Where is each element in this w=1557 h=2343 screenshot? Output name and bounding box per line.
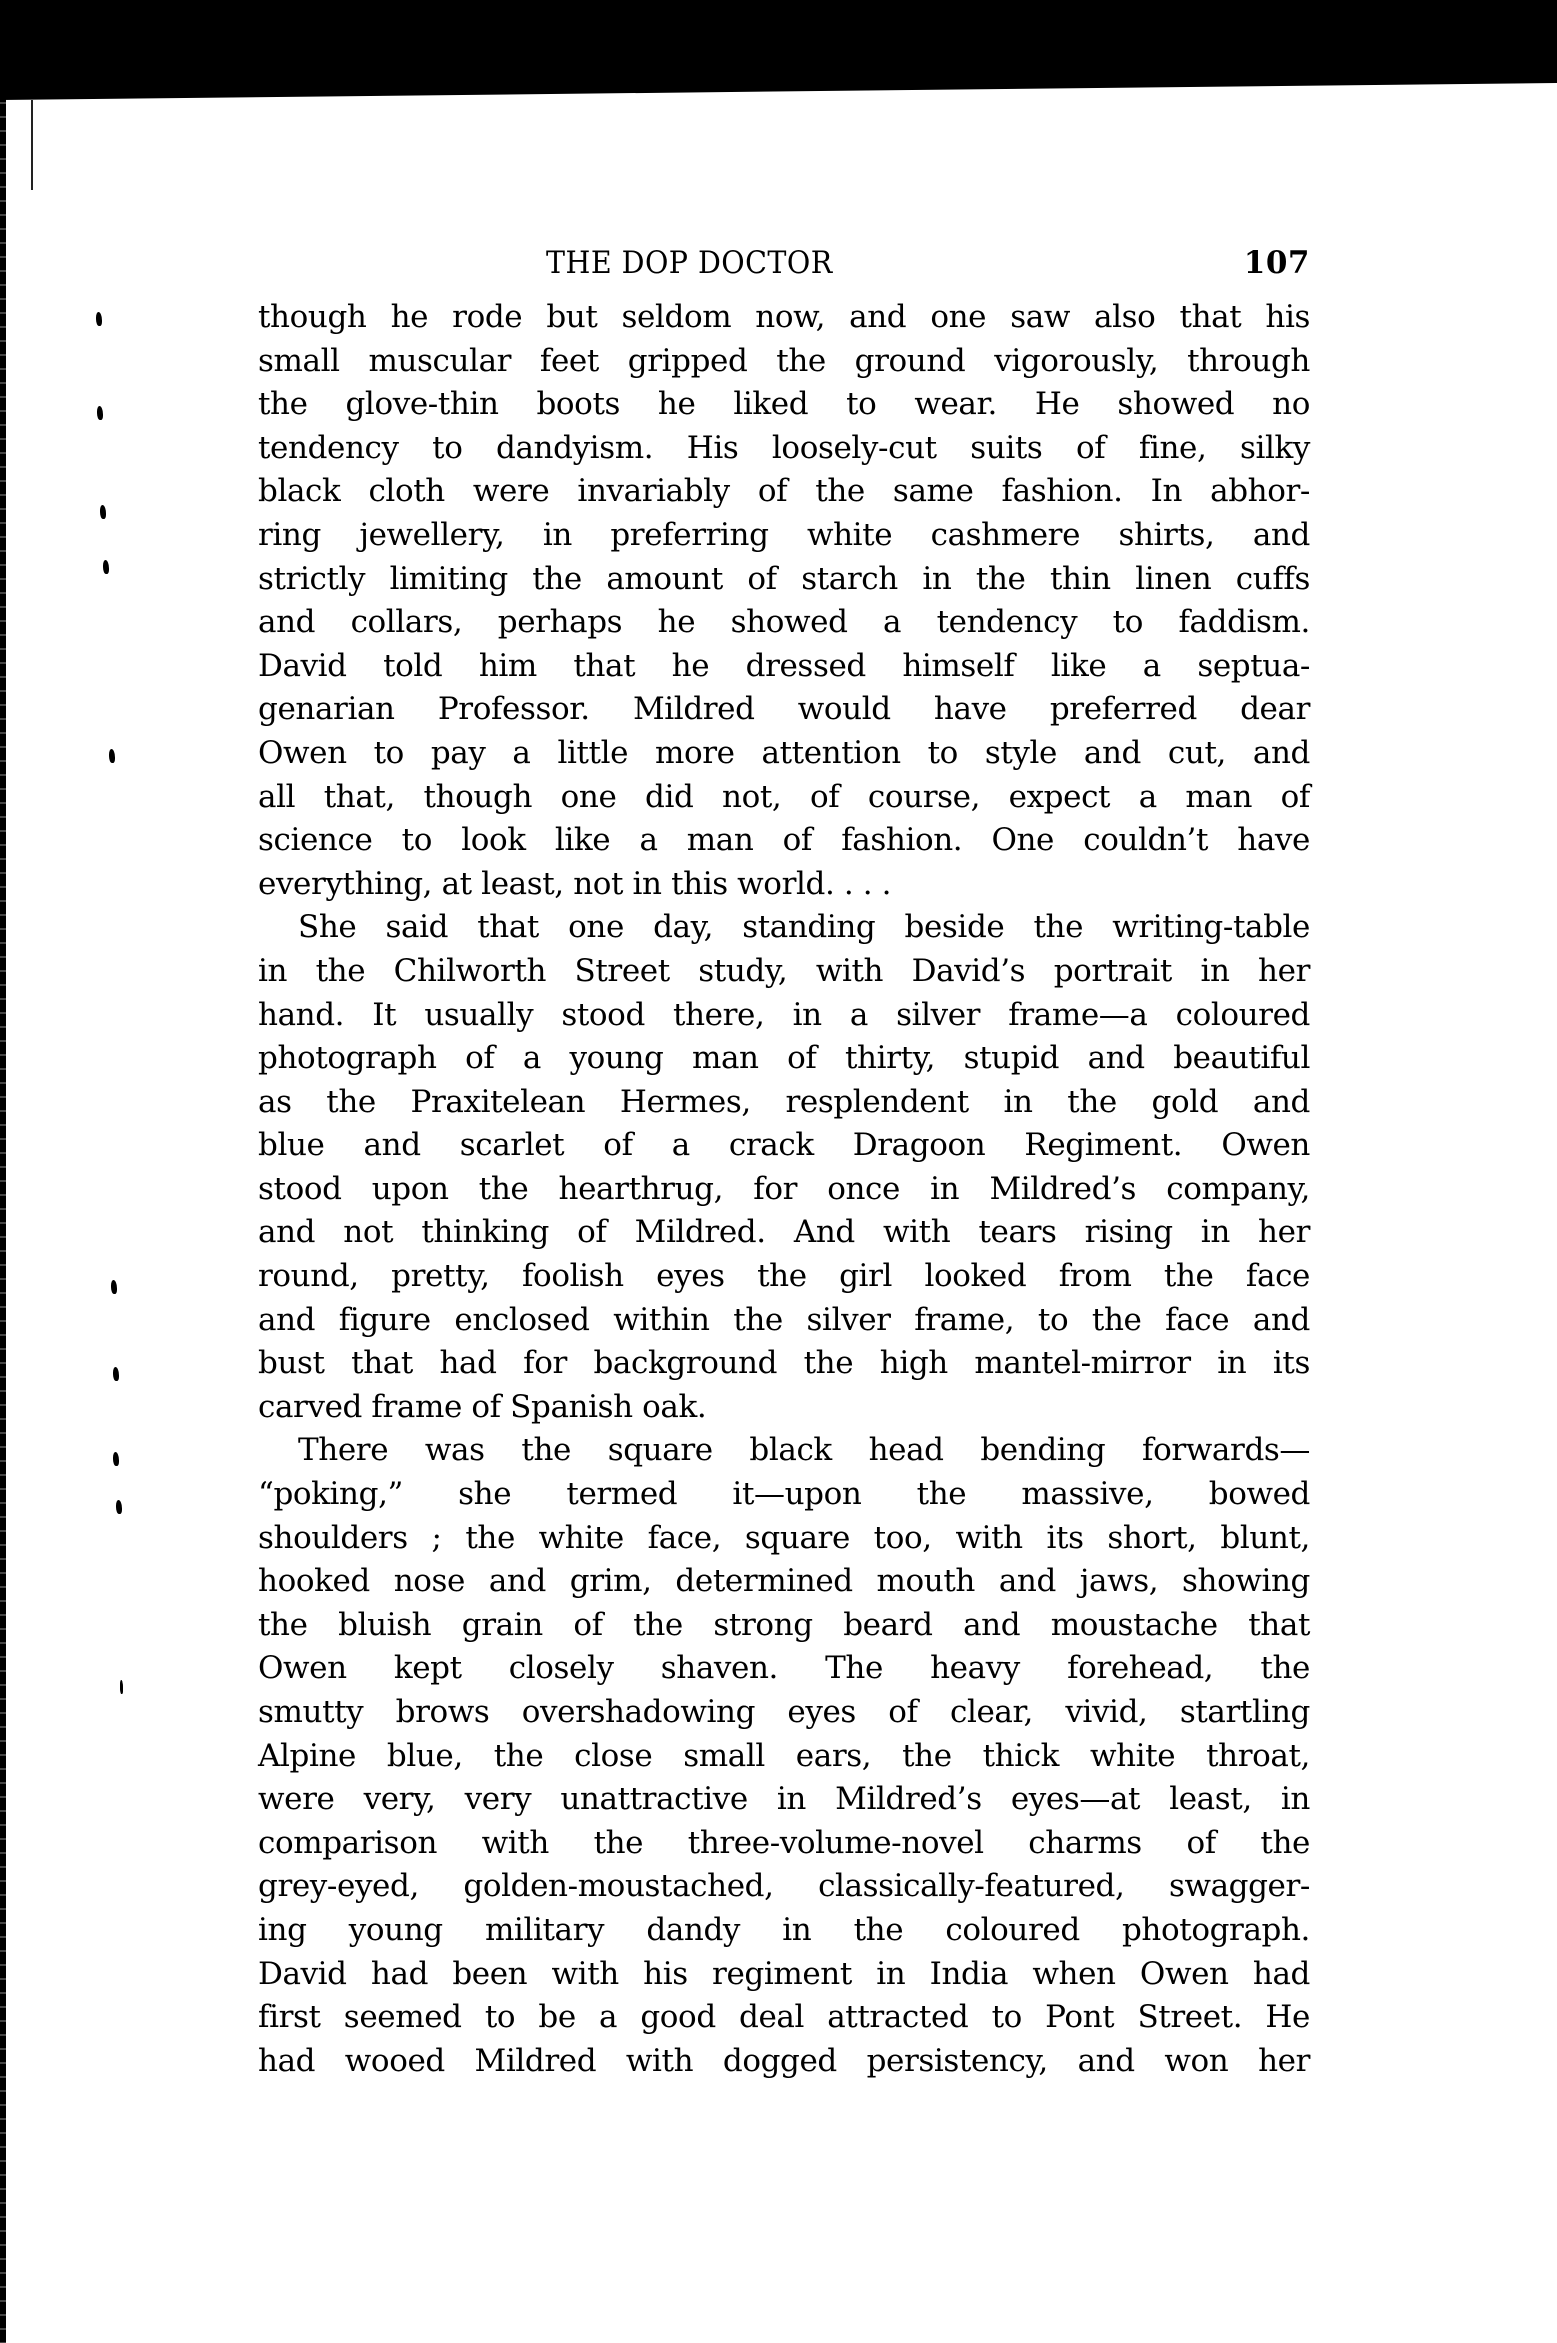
scanner-shadow-band — [0, 0, 1557, 100]
margin-speck — [111, 1280, 117, 1294]
margin-speck — [97, 406, 103, 420]
text-line: had wooed Mildred with dogged persistenc… — [258, 2040, 1310, 2084]
text-line: Owen to pay a little more attention to s… — [258, 732, 1310, 776]
text-line: ring jewellery, in preferring white cash… — [258, 514, 1310, 558]
text-line: Owen kept closely shaven. The heavy fore… — [258, 1647, 1310, 1691]
text-line: in the Chilworth Street study, with Davi… — [258, 950, 1310, 994]
text-line: all that, though one did not, of course,… — [258, 776, 1310, 820]
text-line: round, pretty, foolish eyes the girl loo… — [258, 1255, 1310, 1299]
text-line: small muscular feet gripped the ground v… — [258, 340, 1310, 384]
page-number: 107 — [1244, 245, 1310, 281]
gutter-fold-line — [31, 100, 33, 190]
margin-speck — [113, 1452, 119, 1466]
text-line: ing young military dandy in the coloured… — [258, 1909, 1310, 1953]
page-gutter-edge — [0, 95, 6, 2343]
margin-speck — [120, 1680, 123, 1694]
text-line: hand. It usually stood there, in a silve… — [258, 994, 1310, 1038]
text-line: smutty brows overshadowing eyes of clear… — [258, 1691, 1310, 1735]
text-line: black cloth were invariably of the same … — [258, 470, 1310, 514]
margin-speck — [109, 749, 115, 763]
text-line: hooked nose and grim, determined mouth a… — [258, 1560, 1310, 1604]
text-line: shoulders ; the white face, square too, … — [258, 1517, 1310, 1561]
text-line: strictly limiting the amount of starch i… — [258, 558, 1310, 602]
text-line: though he rode but seldom now, and one s… — [258, 296, 1310, 340]
book-title: THE DOP DOCTOR — [546, 245, 833, 281]
text-line: first seemed to be a good deal attracted… — [258, 1996, 1310, 2040]
text-line: David had been with his regiment in Indi… — [258, 1953, 1310, 1997]
margin-speck — [116, 1500, 122, 1514]
text-line: were very, very unattractive in Mildred’… — [258, 1778, 1310, 1822]
text-line: Alpine blue, the close small ears, the t… — [258, 1735, 1310, 1779]
text-line: science to look like a man of fashion. O… — [258, 819, 1310, 863]
text-line: grey-eyed, golden-moustached, classicall… — [258, 1865, 1310, 1909]
text-line: as the Praxitelean Hermes, resplendent i… — [258, 1081, 1310, 1125]
text-line: There was the square black head bending … — [258, 1429, 1310, 1473]
margin-speck — [96, 312, 102, 326]
text-line: and figure enclosed within the silver fr… — [258, 1299, 1310, 1343]
text-line: She said that one day, standing beside t… — [258, 906, 1310, 950]
text-line: and not thinking of Mildred. And with te… — [258, 1211, 1310, 1255]
text-line: “poking,” she termed it—upon the massive… — [258, 1473, 1310, 1517]
text-line: David told him that he dressed himself l… — [258, 645, 1310, 689]
text-line: carved frame of Spanish oak. — [258, 1386, 1310, 1430]
text-line: photograph of a young man of thirty, stu… — [258, 1037, 1310, 1081]
text-line: bust that had for background the high ma… — [258, 1342, 1310, 1386]
text-line: tendency to dandyism. His loosely-cut su… — [258, 427, 1310, 471]
text-line: genarian Professor. Mildred would have p… — [258, 688, 1310, 732]
text-line: the bluish grain of the strong beard and… — [258, 1604, 1310, 1648]
text-line: the glove-thin boots he liked to wear. H… — [258, 383, 1310, 427]
text-line: comparison with the three-volume-novel c… — [258, 1822, 1310, 1866]
margin-speck — [113, 1367, 119, 1381]
margin-speck — [100, 505, 106, 519]
text-line: everything, at least, not in this world.… — [258, 863, 1310, 907]
margin-speck — [103, 560, 109, 574]
text-line: and collars, perhaps he showed a tendenc… — [258, 601, 1310, 645]
running-head: THE DOP DOCTOR 107 — [258, 245, 1310, 285]
body-text: though he rode but seldom now, and one s… — [258, 296, 1310, 2083]
text-line: blue and scarlet of a crack Dragoon Regi… — [258, 1124, 1310, 1168]
text-line: stood upon the hearthrug, for once in Mi… — [258, 1168, 1310, 1212]
